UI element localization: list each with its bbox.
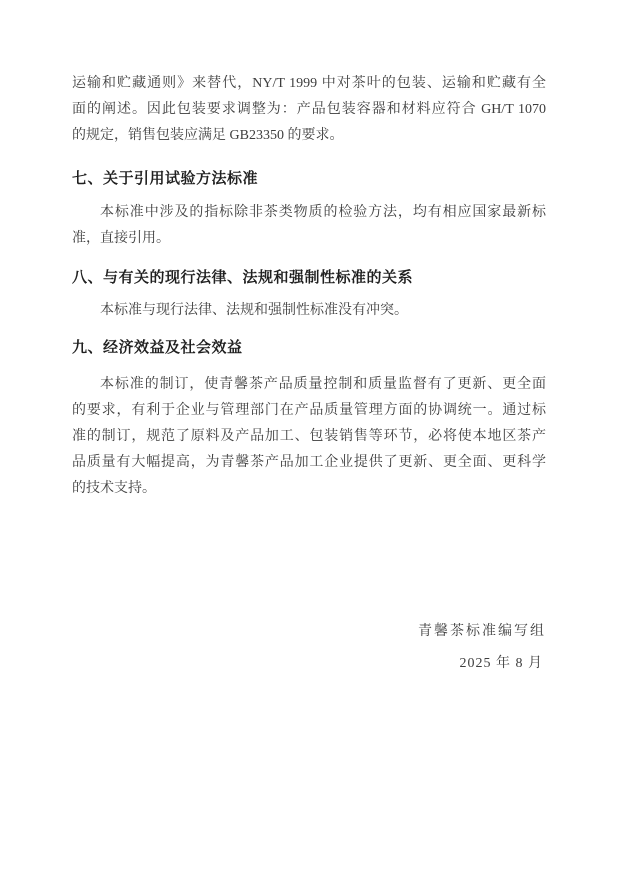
text-line: 本标准中涉及的指标除非茶类物质的检验方法，均有相应国家最新标 [72,200,546,226]
text-line: 准的制订，规范了原料及产品加工、包装销售等环节，必将使本地区茶产 [72,424,546,450]
text-line: 本标准的制订，使青馨茶产品质量控制和质量监督有了更新、更全面 [72,372,546,398]
text-line: 的技术支持。 [72,476,546,502]
signature-block: 青馨茶标准编写组 2025 年 8 月 [72,619,546,677]
signature-date: 2025 年 8 月 [72,651,546,677]
text-line: 本标准与现行法律、法规和强制性标准没有冲突。 [72,298,546,324]
document-page: 运输和贮藏通则》来替代，NY/T 1999 中对茶叶的包装、运输和贮藏有全 面的… [0,0,618,882]
section-7-paragraph: 本标准中涉及的指标除非茶类物质的检验方法，均有相应国家最新标 准，直接引用。 [72,200,546,252]
text-line: 的要求，有利于企业与管理部门在产品质量管理方面的协调统一。通过标 [72,398,546,424]
text-line: 准，直接引用。 [72,226,546,252]
text-line: 品质量有大幅提高，为青馨茶产品加工企业提供了更新、更全面、更科学 [72,450,546,476]
text-line: 面的阐述。因此包装要求调整为：产品包装容器和材料应符合 GH/T 1070 [72,97,546,123]
text-line: 的规定，销售包装应满足 GB23350 的要求。 [72,123,546,149]
section-7-heading: 七、关于引用试验方法标准 [72,166,546,192]
continuation-paragraph: 运输和贮藏通则》来替代，NY/T 1999 中对茶叶的包装、运输和贮藏有全 面的… [72,71,546,149]
text-line: 运输和贮藏通则》来替代，NY/T 1999 中对茶叶的包装、运输和贮藏有全 [72,71,546,97]
signature-organization: 青馨茶标准编写组 [72,619,546,645]
section-9-heading: 九、经济效益及社会效益 [72,335,546,361]
section-8-paragraph: 本标准与现行法律、法规和强制性标准没有冲突。 [72,298,546,324]
section-9-paragraph: 本标准的制订，使青馨茶产品质量控制和质量监督有了更新、更全面 的要求，有利于企业… [72,372,546,502]
section-8-heading: 八、与有关的现行法律、法规和强制性标准的关系 [72,265,546,291]
